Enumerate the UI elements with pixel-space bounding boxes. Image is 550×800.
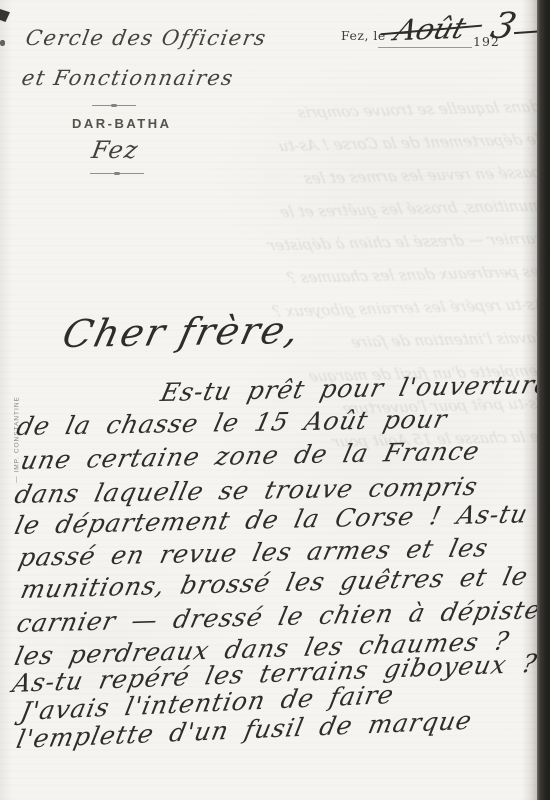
salutation: Cher frère, <box>58 308 305 356</box>
letterhead-org-line2: et Fonctionnaires <box>20 66 236 90</box>
letterhead-city: Fez <box>90 136 142 164</box>
page-edge-shadow <box>522 0 537 800</box>
letterhead-building-name: DAR-BATHA <box>72 116 172 131</box>
book-edge-dark-band <box>537 0 550 800</box>
letterhead-divider <box>90 173 144 174</box>
letterhead-divider <box>92 105 136 106</box>
dateline-printed-place: Fez, le <box>341 28 386 43</box>
scan-artifact-speck <box>0 40 5 46</box>
letterhead-org-line1: Cercle des Officiers <box>24 26 269 50</box>
dateline-handwritten-month: Août <box>391 11 470 47</box>
scanned-letter-page: dans laquelle se trouve comprisle départ… <box>0 0 550 800</box>
